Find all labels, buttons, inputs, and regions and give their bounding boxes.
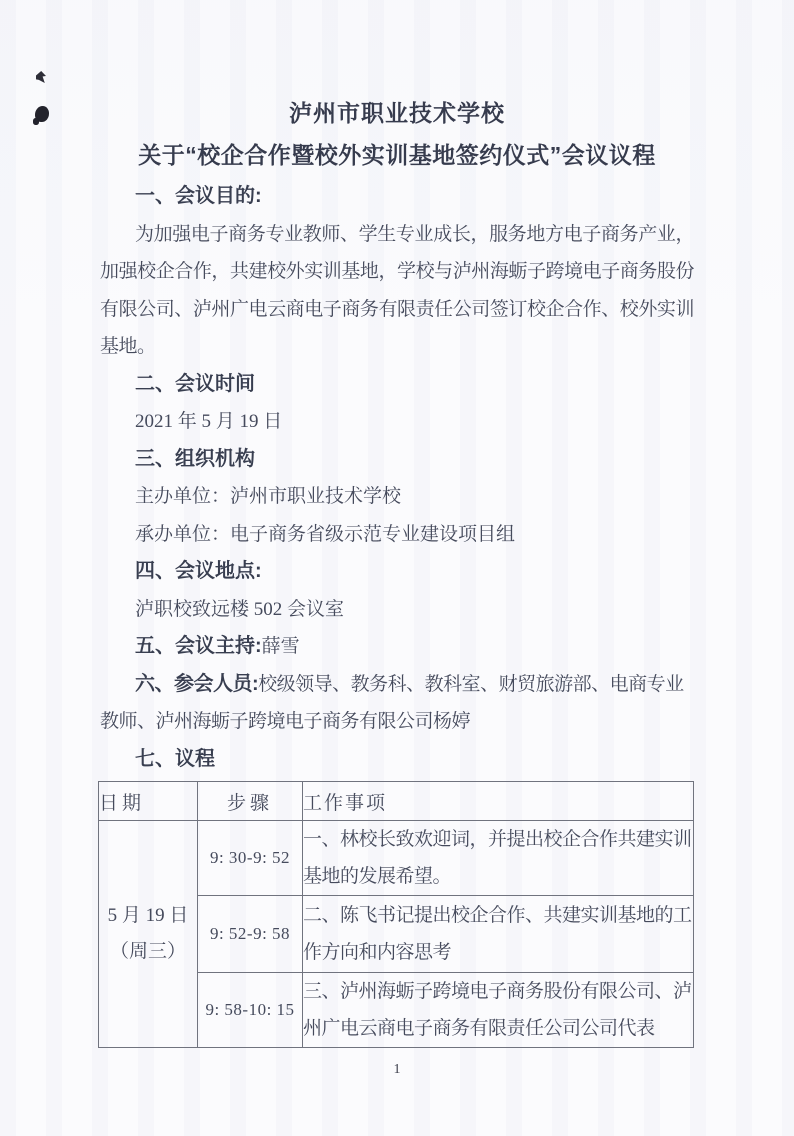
section-chair-value: 薛雪 bbox=[262, 636, 300, 657]
page-number: 1 bbox=[100, 1062, 694, 1078]
agenda-date-cell: 5 月 19 日 （周三） bbox=[99, 821, 198, 1048]
section-time-heading: 二、会议时间 bbox=[100, 366, 694, 404]
document-title: 泸州市职业技术学校 bbox=[100, 94, 694, 132]
agenda-item-cell: 三、泸州海蛎子跨境电子商务股份有限公司、泸州广电云商电子商务有限责任公司公司代表 bbox=[303, 973, 694, 1048]
agenda-row: 5 月 19 日 （周三） 9: 30-9: 52 一、林校长致欢迎词，并提出校… bbox=[99, 821, 694, 896]
agenda-date-line2: （周三） bbox=[99, 934, 197, 970]
agenda-time-cell: 9: 52-9: 58 bbox=[198, 896, 303, 973]
organization-host: 主办单位：泸州市职业技术学校 bbox=[100, 478, 694, 516]
document-content: 泸州市职业技术学校 关于“校企合作暨校外实训基地签约仪式”会议议程 一、会议目的… bbox=[0, 0, 794, 1078]
section-agenda-heading: 七、议程 bbox=[100, 741, 694, 779]
agenda-date-line1: 5 月 19 日 bbox=[99, 898, 197, 934]
agenda-header-row: 日期 步骤 工作事项 bbox=[99, 782, 694, 821]
section-chair-line: 五、会议主持:薛雪 bbox=[100, 628, 694, 666]
section-attendees-line: 六、参会人员:校级领导、教务科、教科室、财贸旅游部、电商专业教师、泸州海蛎子跨境… bbox=[100, 666, 694, 741]
section-purpose-heading: 一、会议目的: bbox=[100, 178, 694, 216]
agenda-header-date: 日期 bbox=[99, 782, 198, 821]
section-place-value: 泸职校致远楼 502 会议室 bbox=[100, 591, 694, 629]
agenda-header-step: 步骤 bbox=[198, 782, 303, 821]
section-chair-heading: 五、会议主持: bbox=[135, 635, 262, 657]
section-place-heading: 四、会议地点: bbox=[100, 553, 694, 591]
document-subtitle: 关于“校企合作暨校外实训基地签约仪式”会议议程 bbox=[100, 132, 694, 178]
agenda-item-cell: 二、陈飞书记提出校企合作、共建实训基地的工作方向和内容思考 bbox=[303, 896, 694, 973]
agenda-header-item: 工作事项 bbox=[303, 782, 694, 821]
section-organization-heading: 三、组织机构 bbox=[100, 441, 694, 479]
document-page: 泸州市职业技术学校 关于“校企合作暨校外实训基地签约仪式”会议议程 一、会议目的… bbox=[0, 0, 794, 1136]
section-time-value: 2021 年 5 月 19 日 bbox=[100, 403, 694, 441]
organization-organizer: 承办单位：电子商务省级示范专业建设项目组 bbox=[100, 516, 694, 554]
section-purpose-body: 为加强电子商务专业教师、学生专业成长，服务地方电子商务产业，加强校企合作，共建校… bbox=[100, 216, 694, 366]
section-attendees-heading: 六、参会人员: bbox=[135, 673, 258, 695]
agenda-table: 日期 步骤 工作事项 5 月 19 日 （周三） 9: 30-9: 52 一、林… bbox=[98, 781, 694, 1048]
agenda-item-cell: 一、林校长致欢迎词，并提出校企合作共建实训基地的发展希望。 bbox=[303, 821, 694, 896]
agenda-time-cell: 9: 30-9: 52 bbox=[198, 821, 303, 896]
agenda-time-cell: 9: 58-10: 15 bbox=[198, 973, 303, 1048]
